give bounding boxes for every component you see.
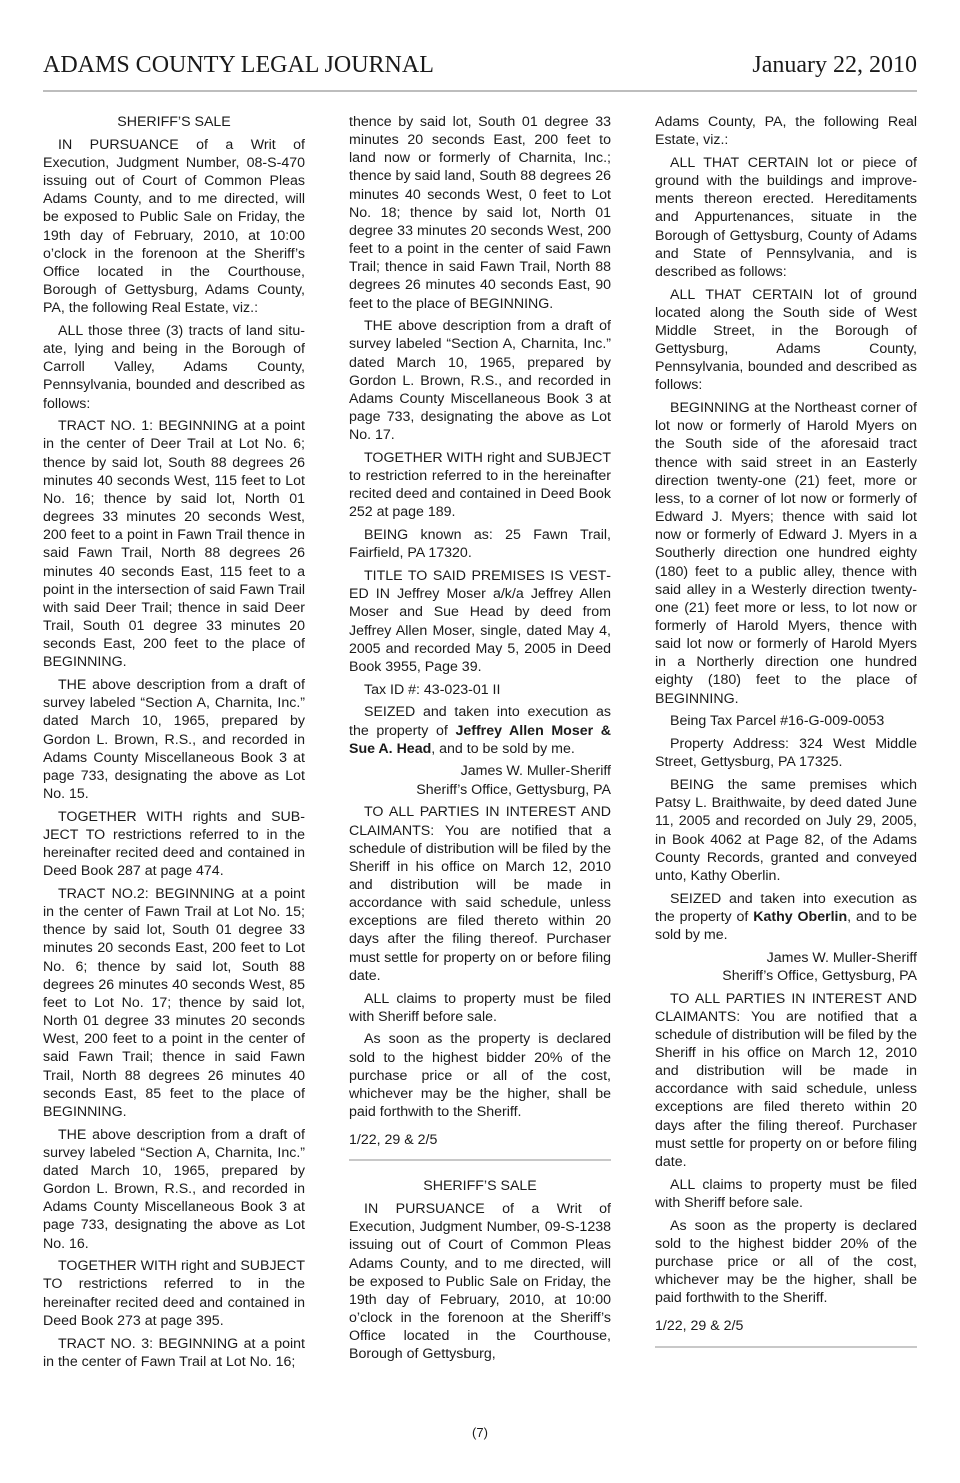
notice-1-signature: James W. Muller-Sheriff Sheriff’s Office… <box>349 762 611 798</box>
notice-1-tracts-intro: ALL those three (3) tracts of land situ­… <box>43 322 305 413</box>
notice-2-certain-1: ALL THAT CERTAIN lot or piece of ground … <box>655 154 917 281</box>
notice-1-together-3: TOGETHER WITH right and SUB­JECT to rest… <box>349 449 611 522</box>
notice-2-intro-cont: Adams County, PA, the following Real Est… <box>655 113 917 149</box>
notice-2-address: Property Address: 324 West Middle Street… <box>655 735 917 771</box>
column-3: Adams County, PA, the following Real Est… <box>655 113 917 1364</box>
notice-1-claims: ALL claims to property must be filed wit… <box>349 990 611 1026</box>
notice-1-declared: As soon as the property is declared sold… <box>349 1030 611 1121</box>
notice-1-being-known: BEING known as: 25 Fawn Trail, Fairfield… <box>349 526 611 562</box>
notice-divider <box>349 1159 611 1161</box>
issue-date: January 22, 2010 <box>752 52 917 79</box>
notice-1-title-vested: TITLE TO SAID PREMISES IS VEST­ED IN Jef… <box>349 567 611 676</box>
notice-2-certain-2: ALL THAT CERTAIN lot of ground located a… <box>655 286 917 395</box>
notice-1-heading: SHERIFF’S SALE <box>43 113 305 131</box>
notice-1-tract-1: TRACT NO. 1: BEGINNING at a point in the… <box>43 417 305 671</box>
notice-2-heading: SHERIFF’S SALE <box>349 1177 611 1195</box>
defendant-name: Kathy Oberlin <box>753 909 847 925</box>
notice-2-claims: ALL claims to property must be filed wit… <box>655 1176 917 1212</box>
column-2: thence by said lot, South 01 degree 33 m… <box>349 113 611 1368</box>
notice-1-intro: IN PURSUANCE of a Writ of Execution, Jud… <box>43 136 305 318</box>
notice-2-intro-start: IN PURSUANCE of a Writ of Execution, Jud… <box>349 1200 611 1363</box>
notice-1-together-1: TOGETHER WITH rights and SUB­JECT TO res… <box>43 808 305 881</box>
journal-title: ADAMS COUNTY LEGAL JOURNAL <box>43 52 434 79</box>
notice-2-signature: James W. Muller-Sheriff Sheriff’s Office… <box>655 949 917 985</box>
notice-1-tract-3-start: TRACT NO. 3: BEGINNING at a point in the… <box>43 1335 305 1371</box>
notice-1-tax-id: Tax ID #: 43-023-01 II <box>349 681 611 699</box>
notice-1-parties: TO ALL PARTIES IN INTEREST AND CLAIMANTS… <box>349 803 611 985</box>
seized-text-end: , and to be sold by me. <box>431 741 575 757</box>
notice-1-together-2: TOGETHER WITH right and SUB­JECT TO rest… <box>43 1257 305 1330</box>
column-1: SHERIFF’S SALE IN PURSUANCE of a Writ of… <box>43 113 305 1375</box>
notice-1-tract-3-cont: thence by said lot, South 01 degree 33 m… <box>349 113 611 313</box>
notice-1-description-1: THE above description from a draft of su… <box>43 676 305 803</box>
notice-1-seized: SEIZED and taken into execution as the p… <box>349 703 611 757</box>
notice-2-declared: As soon as the property is declared sold… <box>655 1217 917 1308</box>
notice-1-description-2: THE above description from a draft of su… <box>43 1126 305 1253</box>
header-divider <box>43 90 917 92</box>
sheriff-name: James W. Muller-Sheriff <box>349 762 611 780</box>
notice-1-tract-2: TRACT NO.2: BEGINNING at a point in the … <box>43 885 305 1121</box>
notice-1-run-dates: 1/22, 29 & 2/5 <box>349 1131 611 1149</box>
page-header: ADAMS COUNTY LEGAL JOURNAL January 22, 2… <box>43 52 917 84</box>
sheriff-name: James W. Muller-Sheriff <box>655 949 917 967</box>
notice-2-parties: TO ALL PARTIES IN INTEREST AND CLAIMANTS… <box>655 990 917 1172</box>
notice-2-being-same: BEING the same premises which Patsy L. B… <box>655 776 917 885</box>
notice-2-beginning: BEGINNING at the Northeast corner of lot… <box>655 399 917 708</box>
notice-2-run-dates: 1/22, 29 & 2/5 <box>655 1317 917 1335</box>
notice-2-tax-parcel: Being Tax Parcel #16-G-009-0053 <box>655 712 917 730</box>
sheriff-office: Sheriff’s Office, Gettysburg, PA <box>349 781 611 799</box>
page-number: (7) <box>0 1425 960 1440</box>
notice-end-divider <box>655 1346 917 1348</box>
sheriff-office: Sheriff’s Office, Gettysburg, PA <box>655 967 917 985</box>
notice-2-seized: SEIZED and taken into execution as the p… <box>655 890 917 944</box>
notice-1-description-3: THE above description from a draft of su… <box>349 317 611 444</box>
